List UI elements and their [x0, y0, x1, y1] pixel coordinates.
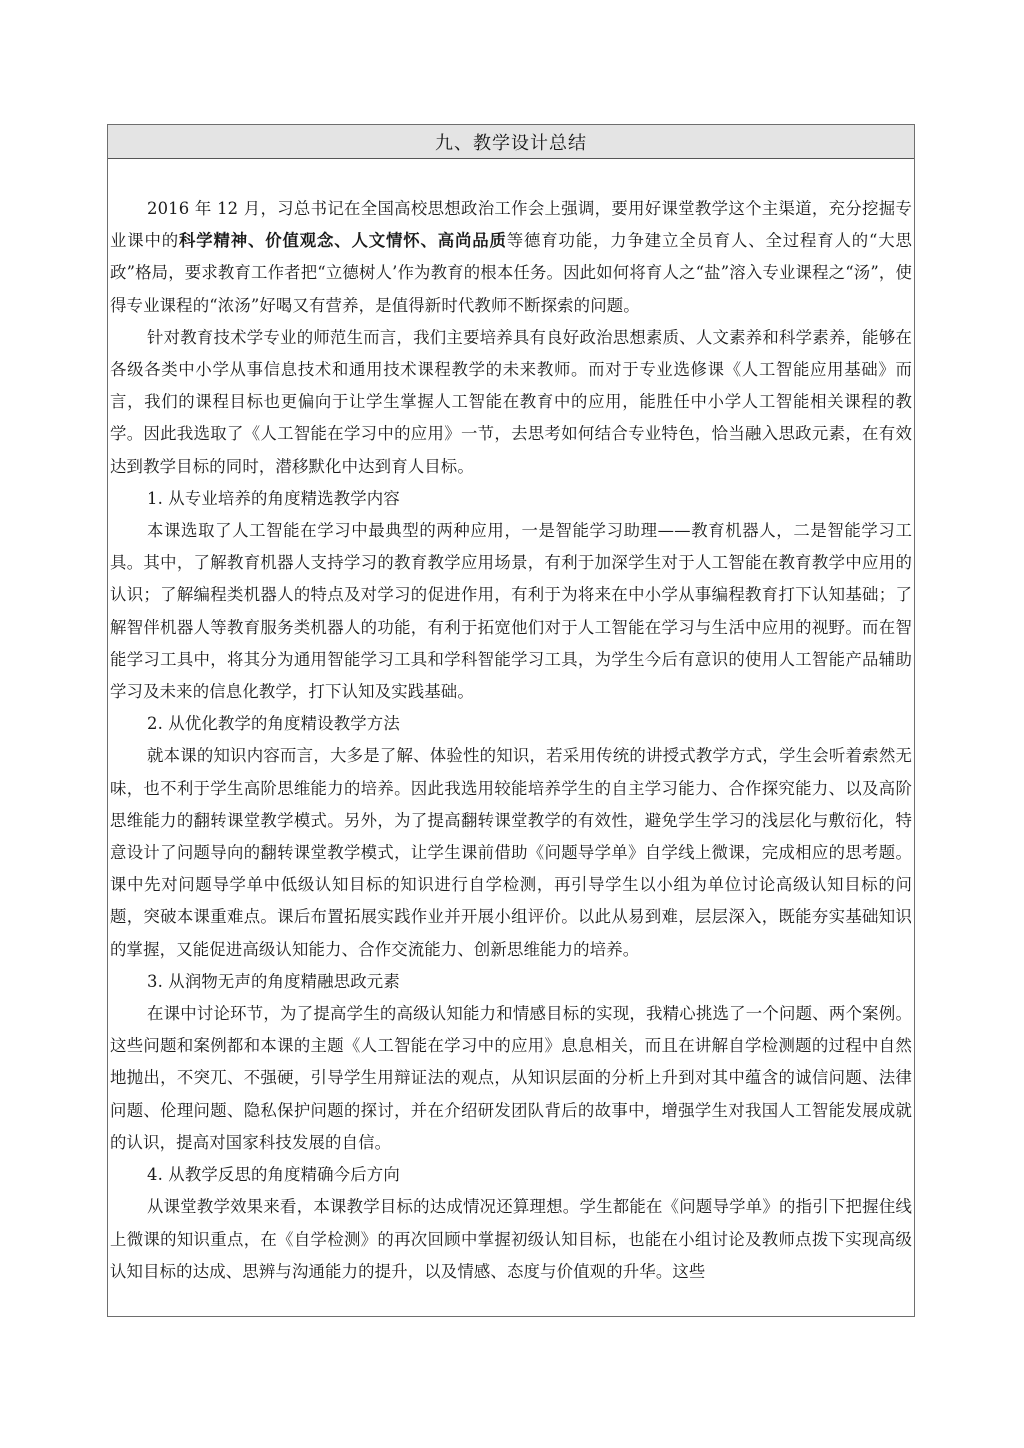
intro-paragraph: 2016 年 12 月，习总书记在全国高校思想政治工作会上强调，要用好课堂教学这…: [110, 193, 912, 322]
section-text-3: 在课中讨论环节，为了提高学生的高级认知能力和情感目标的实现，我精心挑选了一个问题…: [110, 998, 912, 1159]
intro-bold-text: 科学精神、价值观念、人文情怀、高尚品质: [179, 231, 507, 250]
section-heading-3: 3. 从润物无声的角度精融思政元素: [110, 966, 912, 998]
section-heading-1: 1. 从专业培养的角度精选教学内容: [110, 483, 912, 515]
section-header: 九、教学设计总结: [108, 125, 914, 159]
summary-body: 2016 年 12 月，习总书记在全国高校思想政治工作会上强调，要用好课堂教学这…: [108, 159, 914, 1288]
section-text-4: 从课堂教学效果来看，本课教学目标的达成情况还算理想。学生都能在《问题导学单》的指…: [110, 1191, 912, 1288]
context-paragraph: 针对教育技术学专业的师范生而言，我们主要培养具有良好政治思想素质、人文素养和科学…: [110, 322, 912, 483]
summary-table: 九、教学设计总结 2016 年 12 月，习总书记在全国高校思想政治工作会上强调…: [107, 124, 915, 1317]
section-title: 九、教学设计总结: [435, 129, 587, 155]
section-text-1: 本课选取了人工智能在学习中最典型的两种应用，一是智能学习助理——教育机器人，二是…: [110, 515, 912, 708]
section-heading-2: 2. 从优化教学的角度精设教学方法: [110, 708, 912, 740]
section-text-2: 就本课的知识内容而言，大多是了解、体验性的知识，若采用传统的讲授式教学方式，学生…: [110, 740, 912, 965]
section-heading-4: 4. 从教学反思的角度精确今后方向: [110, 1159, 912, 1191]
